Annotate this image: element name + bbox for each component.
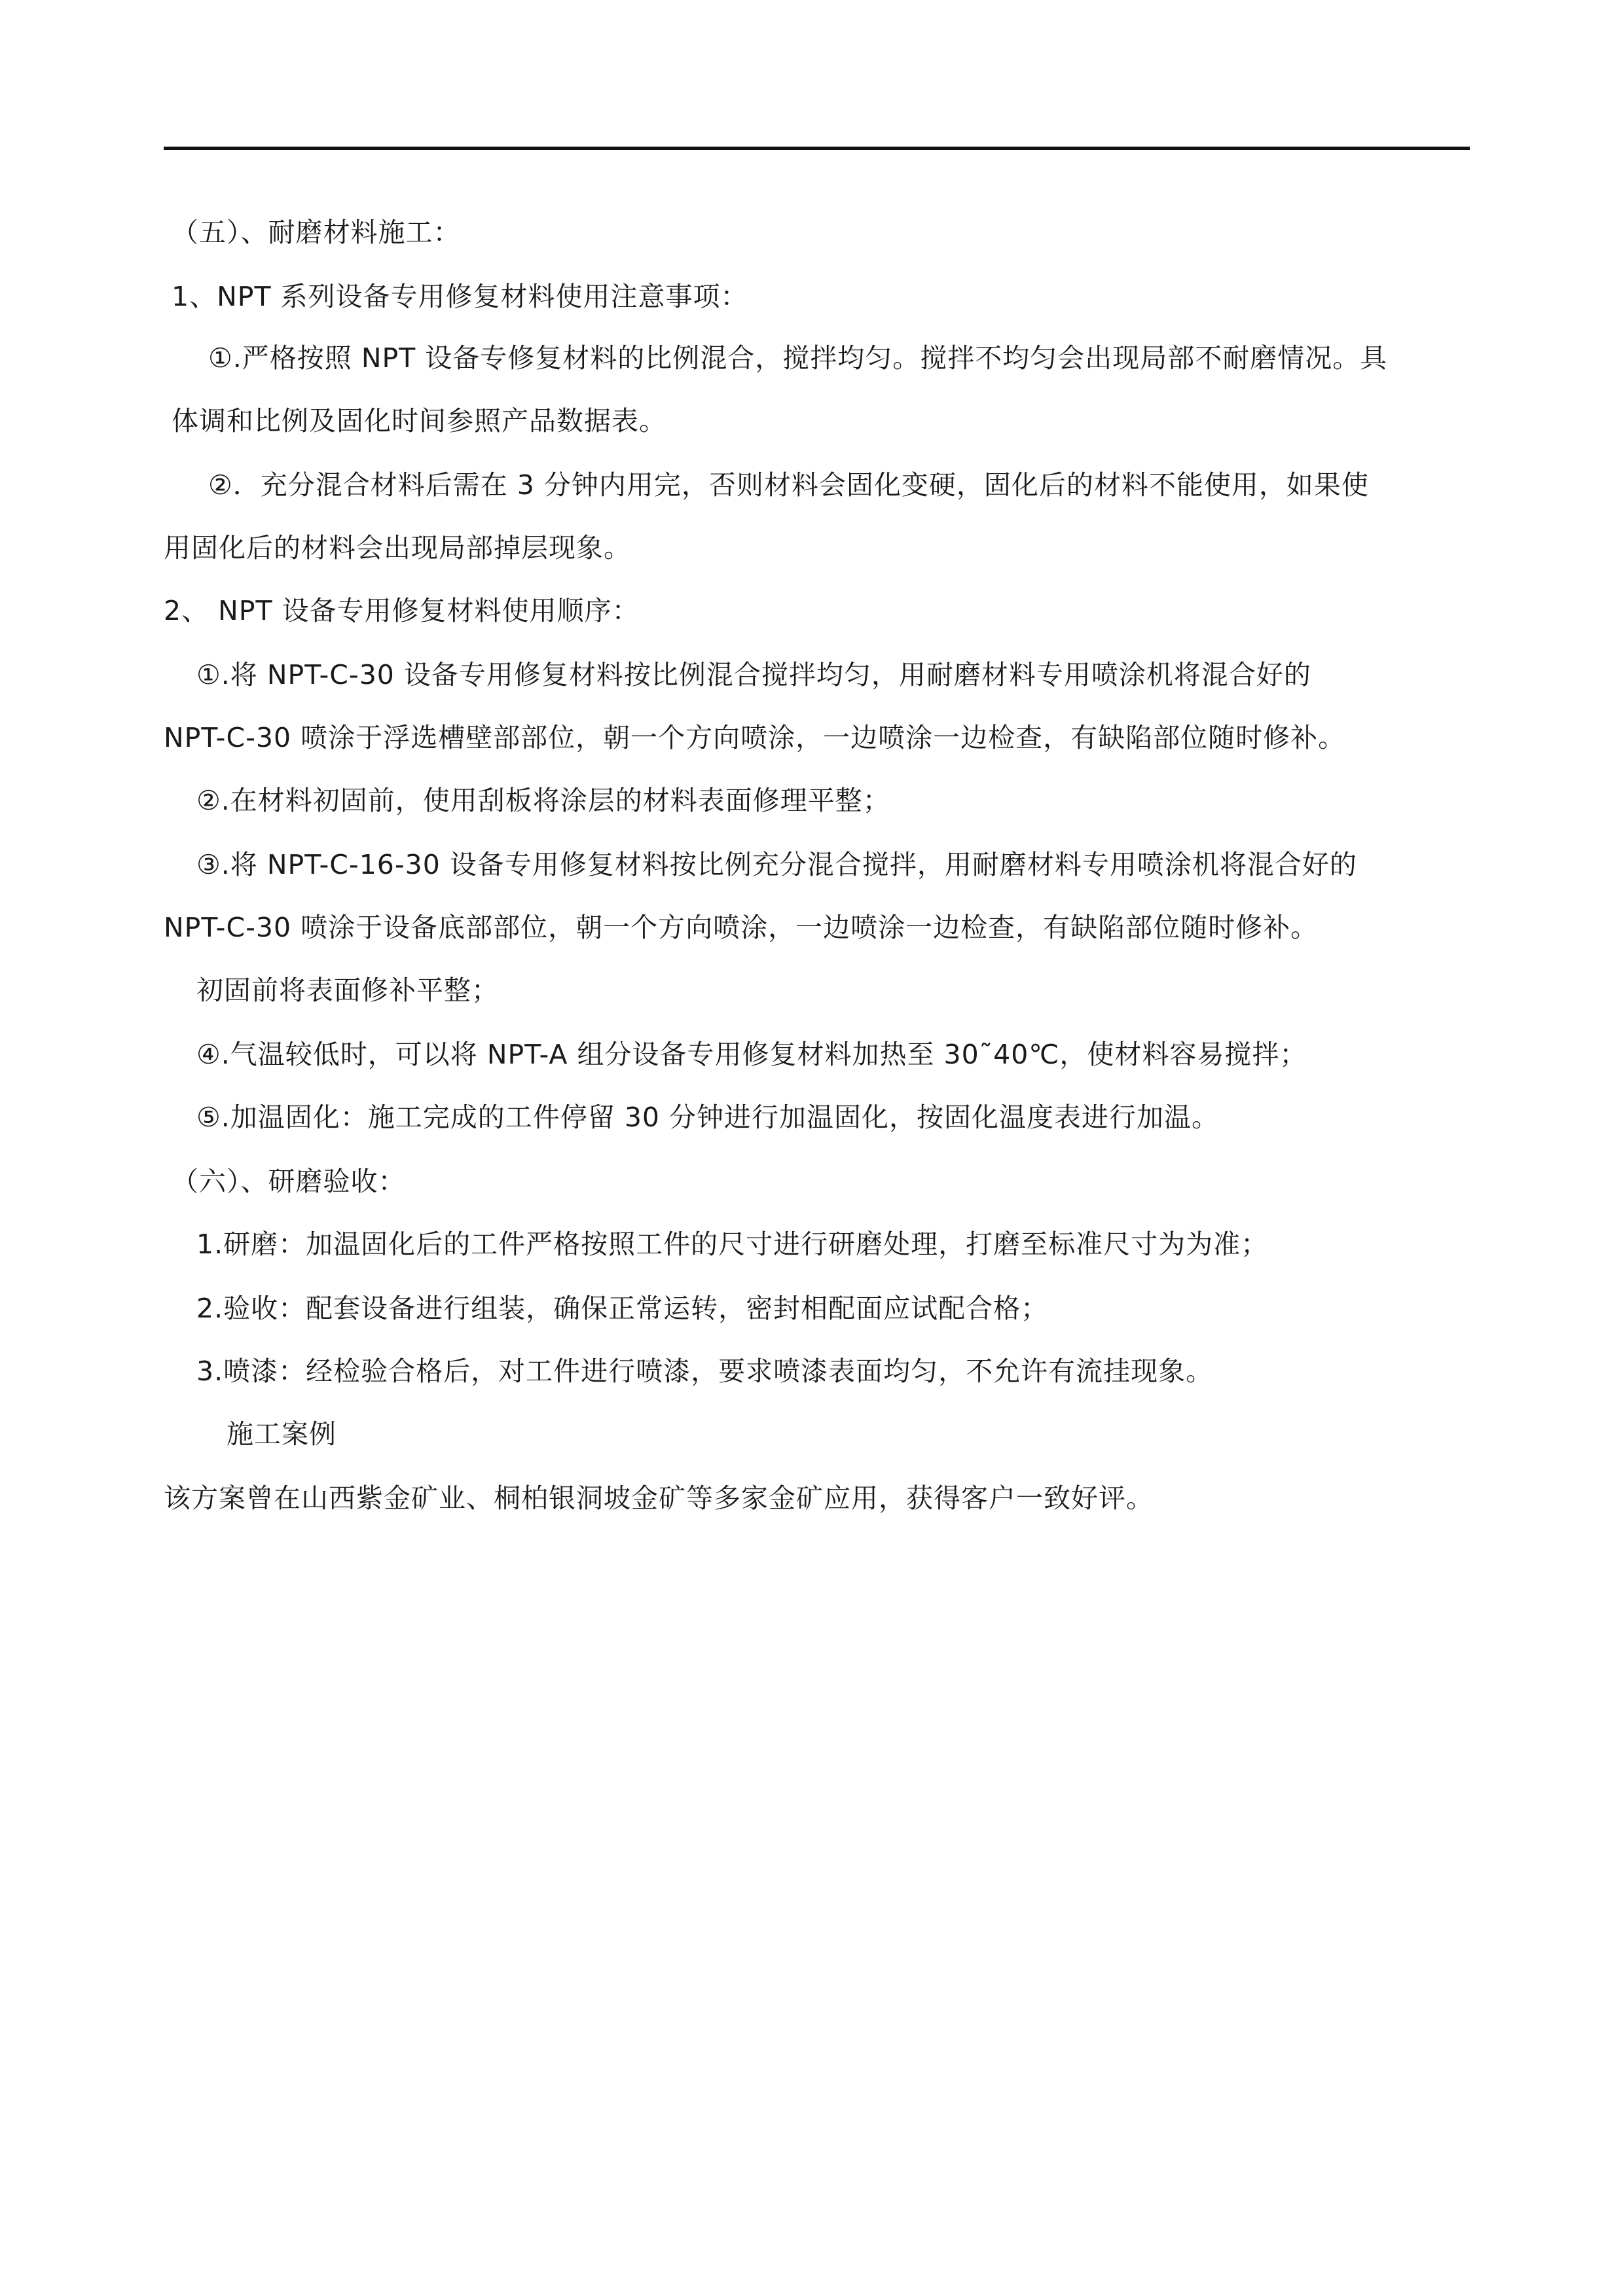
paragraph-step-1: ①.将 NPT-C-30 设备专用修复材料按比例混合搅拌均匀，用耐磨材料专用喷涂… (196, 658, 1311, 691)
paragraph-grinding: 1.研磨：加温固化后的工件严格按照工件的尺寸进行研磨处理，打磨至标准尺寸为为准； (196, 1228, 1268, 1261)
paragraph-step-3: ③.将 NPT-C-16-30 设备专用修复材料按比例充分混合搅拌，用耐磨材料专… (196, 848, 1357, 881)
paragraph-precaution-1: ①.严格按照 NPT 设备专修复材料的比例混合，搅拌均匀。搅拌不均匀会出现局部不… (208, 342, 1387, 374)
section-heading-5: （五）、耐磨材料施工： (172, 216, 461, 249)
heading-construction-case: 施工案例 (227, 1418, 337, 1450)
paragraph-step-1-cont: NPT-C-30 喷涂于浮选槽壁部部位，朝一个方向喷涂，一边喷涂一边检查，有缺陷… (164, 721, 1345, 754)
paragraph-step-4: ④.气温较低时，可以将 NPT-A 组分设备专用修复材料加热至 30˜40℃，使… (196, 1038, 1307, 1071)
paragraph-step-5: ⑤.加温固化：施工完成的工件停留 30 分钟进行加温固化，按固化温度表进行加温。 (196, 1101, 1219, 1134)
section-heading-6: （六）、研磨验收： (172, 1165, 406, 1198)
paragraph-precaution-1-cont: 体调和比例及固化时间参照产品数据表。 (172, 404, 666, 437)
paragraph-painting: 3.喷漆：经检验合格后，对工件进行喷漆，要求喷漆表面均匀，不允许有流挂现象。 (196, 1355, 1213, 1388)
paragraph-step-2: ②.在材料初固前，使用刮板将涂层的材料表面修理平整； (196, 784, 890, 817)
subheading-1-precautions: 1、NPT 系列设备专用修复材料使用注意事项： (172, 280, 748, 313)
paragraph-precaution-2: ②．充分混合材料后需在 3 分钟内用完，否则材料会固化变硬，固化后的材料不能使用… (208, 469, 1369, 501)
paragraph-case-description: 该方案曾在山西紫金矿业、桐柏银洞坡金矿等多家金矿应用，获得客户一致好评。 (164, 1482, 1154, 1515)
header-rule (164, 147, 1470, 150)
subheading-2-usage-order: 2、 NPT 设备专用修复材料使用顺序： (164, 594, 640, 627)
paragraph-precaution-2-cont: 用固化后的材料会出现局部掉层现象。 (164, 531, 631, 564)
paragraph-step-3-cont2: 初固前将表面修补平整； (196, 974, 499, 1007)
paragraph-acceptance: 2.验收：配套设备进行组装，确保正常运转，密封相配面应试配合格； (196, 1292, 1048, 1325)
paragraph-step-3-cont: NPT-C-30 喷涂于设备底部部位，朝一个方向喷涂，一边喷涂一边检查，有缺陷部… (164, 911, 1318, 944)
